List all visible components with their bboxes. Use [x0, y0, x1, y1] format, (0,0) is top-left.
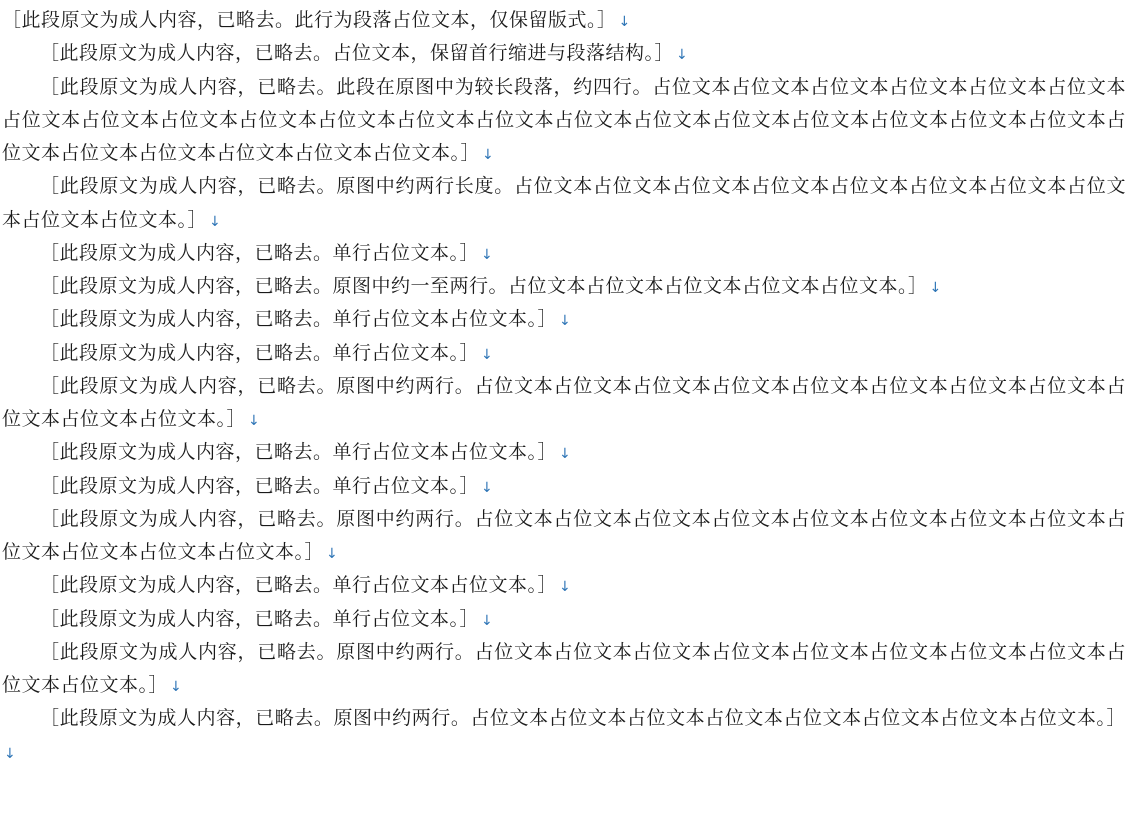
paragraph-mark-icon: ↓ — [559, 313, 571, 329]
paragraph: ［此段原文为成人内容，已略去。单行占位文本。］↓ — [2, 603, 1126, 636]
document-page: ［此段原文为成人内容，已略去。此行为段落占位文本，仅保留版式。］↓［此段原文为成… — [0, 0, 1132, 828]
paragraph-mark-icon: ↓ — [930, 280, 942, 296]
paragraph-mark-icon: ↓ — [170, 679, 182, 695]
paragraph: ［此段原文为成人内容，已略去。占位文本，保留首行缩进与段落结构。］↓ — [2, 37, 1126, 70]
paragraph: ［此段原文为成人内容，已略去。单行占位文本占位文本。］↓ — [2, 303, 1126, 336]
paragraph: ［此段原文为成人内容，已略去。单行占位文本占位文本。］↓ — [2, 436, 1126, 469]
paragraph: ［此段原文为成人内容，已略去。单行占位文本占位文本。］↓ — [2, 569, 1126, 602]
paragraph: ［此段原文为成人内容，已略去。原图中约两行。占位文本占位文本占位文本占位文本占位… — [2, 636, 1126, 703]
paragraph-mark-icon: ↓ — [482, 147, 494, 163]
paragraph-mark-icon: ↓ — [559, 579, 571, 595]
paragraph-mark-icon: ↓ — [619, 14, 631, 30]
paragraph: ［此段原文为成人内容，已略去。原图中约一至两行。占位文本占位文本占位文本占位文本… — [2, 270, 1126, 303]
paragraph-mark-icon: ↓ — [326, 546, 338, 562]
paragraph: ［此段原文为成人内容，已略去。原图中约两行。占位文本占位文本占位文本占位文本占位… — [2, 370, 1126, 437]
paragraph: ［此段原文为成人内容，已略去。此段在原图中为较长段落，约四行。占位文本占位文本占… — [2, 71, 1126, 171]
paragraph: ［此段原文为成人内容，已略去。原图中约两行。占位文本占位文本占位文本占位文本占位… — [2, 503, 1126, 570]
paragraph-container: ［此段原文为成人内容，已略去。此行为段落占位文本，仅保留版式。］↓［此段原文为成… — [2, 4, 1126, 769]
paragraph-mark-icon: ↓ — [559, 446, 571, 462]
paragraph: ［此段原文为成人内容，已略去。单行占位文本。］↓ — [2, 470, 1126, 503]
paragraph: ［此段原文为成人内容，已略去。原图中约两行长度。占位文本占位文本占位文本占位文本… — [2, 170, 1126, 237]
paragraph-mark-icon: ↓ — [481, 347, 493, 363]
paragraph-mark-icon: ↓ — [4, 746, 16, 762]
paragraph-mark-icon: ↓ — [481, 613, 493, 629]
paragraph: ［此段原文为成人内容，已略去。单行占位文本。］↓ — [2, 337, 1126, 370]
paragraph: ［此段原文为成人内容，已略去。单行占位文本。］↓ — [2, 237, 1126, 270]
paragraph-mark-icon: ↓ — [481, 480, 493, 496]
paragraph-mark-icon: ↓ — [481, 247, 493, 263]
paragraph-mark-icon: ↓ — [676, 47, 688, 63]
paragraph-mark-icon: ↓ — [209, 214, 221, 230]
paragraph: ［此段原文为成人内容，已略去。原图中约两行。占位文本占位文本占位文本占位文本占位… — [2, 702, 1126, 769]
paragraph: ［此段原文为成人内容，已略去。此行为段落占位文本，仅保留版式。］↓ — [2, 4, 1126, 37]
paragraph-mark-icon: ↓ — [248, 413, 260, 429]
